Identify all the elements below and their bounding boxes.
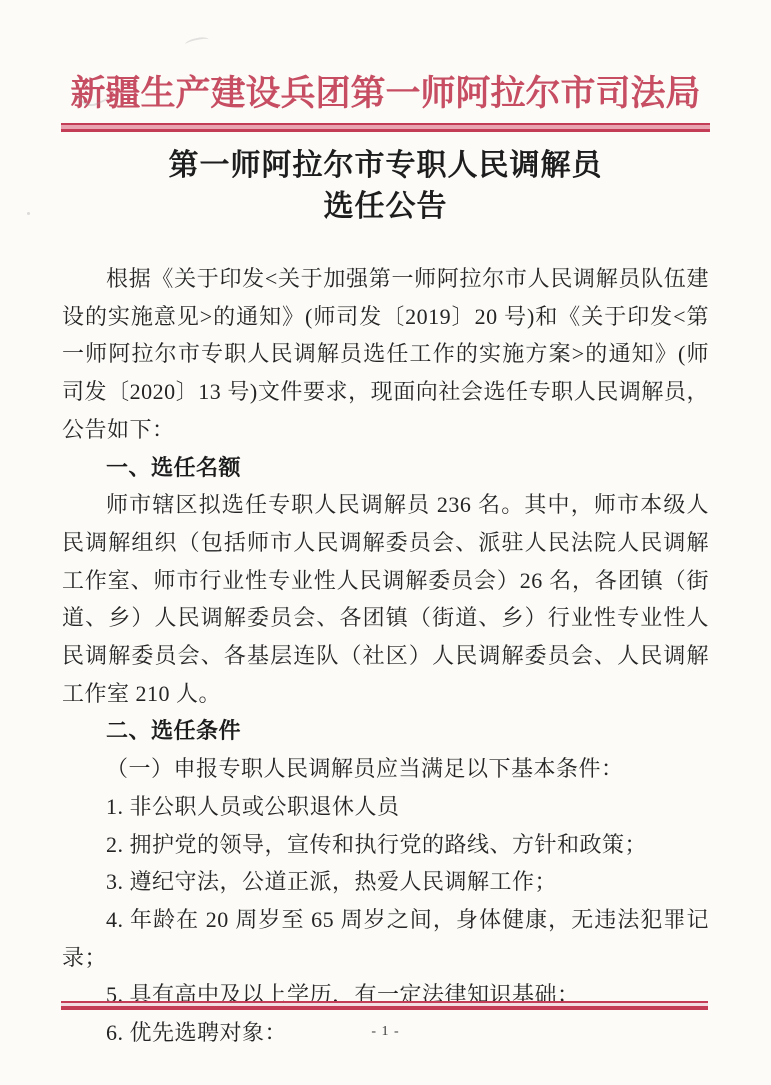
- document-page: 新疆生产建设兵团第一师阿拉尔市司法局 第一师阿拉尔市专职人民调解员 选任公告 根…: [0, 0, 771, 1085]
- condition-item-3: 3. 遵纪守法，公道正派，热爱人民调解工作；: [62, 863, 709, 901]
- page-number: - 1 -: [0, 1024, 771, 1040]
- section-1-quota-paragraph: 师市辖区拟选任专职人民调解员 236 名。其中，师市本级人民调解组织（包括师市人…: [62, 486, 709, 712]
- header-double-rule: [61, 123, 710, 132]
- paragraph-intro: 根据《关于印发<关于加强第一师阿拉尔市人民调解员队伍建设的实施意见>的通知》(师…: [62, 260, 709, 449]
- footer-double-rule: [61, 1001, 708, 1010]
- document-title-line1: 第一师阿拉尔市专职人民调解员: [169, 149, 603, 182]
- document-title-line2: 选任公告: [324, 190, 448, 223]
- condition-item-2: 2. 拥护党的领导，宣传和执行党的路线、方针和政策；: [62, 826, 709, 864]
- document-body: 根据《关于印发<关于加强第一师阿拉尔市人民调解员队伍建设的实施意见>的通知》(师…: [62, 260, 709, 1052]
- issuing-org-title: 新疆生产建设兵团第一师阿拉尔市司法局: [0, 0, 771, 115]
- condition-item-1: 1. 非公职人员或公职退休人员: [62, 788, 709, 826]
- basic-conditions-intro: （一）申报专职人民调解员应当满足以下基本条件：: [62, 750, 709, 788]
- document-title: 第一师阿拉尔市专职人民调解员 选任公告: [0, 145, 771, 227]
- section-2-heading: 二、选任条件: [62, 712, 709, 750]
- condition-item-4: 4. 年龄在 20 周岁至 65 周岁之间，身体健康，无违法犯罪记录；: [62, 901, 709, 976]
- section-1-heading: 一、选任名额: [62, 449, 709, 487]
